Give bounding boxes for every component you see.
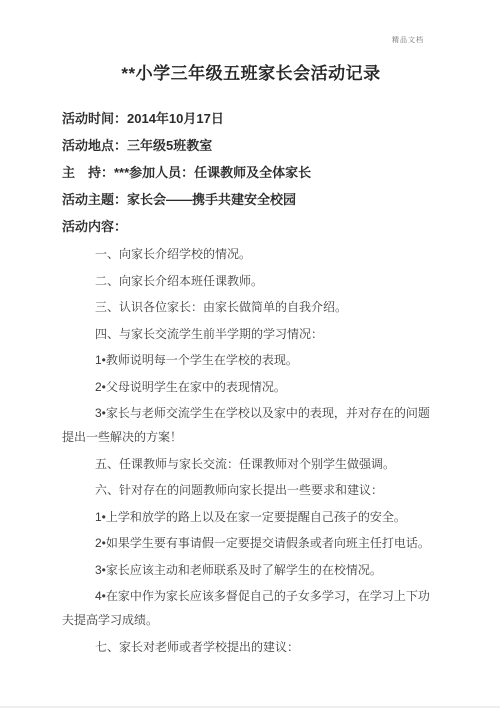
meta-line-host: 主 持：***参加人员：任课教师及全体家长 xyxy=(62,161,440,185)
document-page: 精品文档 **小学三年级五班家长会活动记录 活动时间：2014年10月17日 活… xyxy=(0,0,500,708)
meta-line-content-label: 活动内容： xyxy=(62,215,440,239)
content-line-5: 1•教师说明每一个学生在学校的表现。 xyxy=(62,348,440,372)
content-line-14: 七、家长对老师或者学校提出的建议： xyxy=(62,635,440,659)
content-line-8: 五、任课教师与家长交流：任课教师对个别学生做强调。 xyxy=(62,452,440,476)
content-line-4: 四、与家长交流学生前半学期的学习情况： xyxy=(62,322,440,346)
content-line-6: 2•父母说明学生在家中的表现情况。 xyxy=(62,375,440,399)
content-line-3: 三、认识各位家长：由家长做简单的自我介绍。 xyxy=(62,295,440,319)
content-line-12: 3•家长应该主动和老师联系及时了解学生的在校情况。 xyxy=(62,558,440,582)
document-body: **小学三年级五班家长会活动记录 活动时间：2014年10月17日 活动地点：三… xyxy=(62,62,440,661)
meta-line-theme: 活动主题：家长会——携手共建安全校园 xyxy=(62,188,440,212)
content-line-10: 1•上学和放学的路上以及在家一定要提醒自己孩子的安全。 xyxy=(62,505,440,529)
content-line-11: 2•如果学生要有事请假一定要提交请假条或者向班主任打电话。 xyxy=(62,531,440,555)
meta-line-activity-time: 活动时间：2014年10月17日 xyxy=(62,107,440,131)
content-line-2: 二、向家长介绍本班任课教师。 xyxy=(62,269,440,293)
meta-line-activity-place: 活动地点：三年级5班教室 xyxy=(62,134,440,158)
content-line-9: 六、针对存在的问题教师向家长提出一些要求和建议： xyxy=(62,478,440,502)
meta-section: 活动时间：2014年10月17日 活动地点：三年级5班教室 主 持：***参加人… xyxy=(62,107,440,239)
watermark-text: 精品文档 xyxy=(392,35,424,45)
content-line-1: 一、向家长介绍学校的情况。 xyxy=(62,242,440,266)
page-title: **小学三年级五班家长会活动记录 xyxy=(62,62,440,86)
content-line-7: 3•家长与老师交流学生在学校以及家中的表现，并对存在的问题提出一些解决的方案！ xyxy=(62,401,440,449)
content-line-13: 4•在家中作为家长应该多督促自己的子女多学习，在学习上下功夫提高学习成绩。 xyxy=(62,584,440,632)
content-section: 一、向家长介绍学校的情况。 二、向家长介绍本班任课教师。 三、认识各位家长：由家… xyxy=(62,242,440,659)
